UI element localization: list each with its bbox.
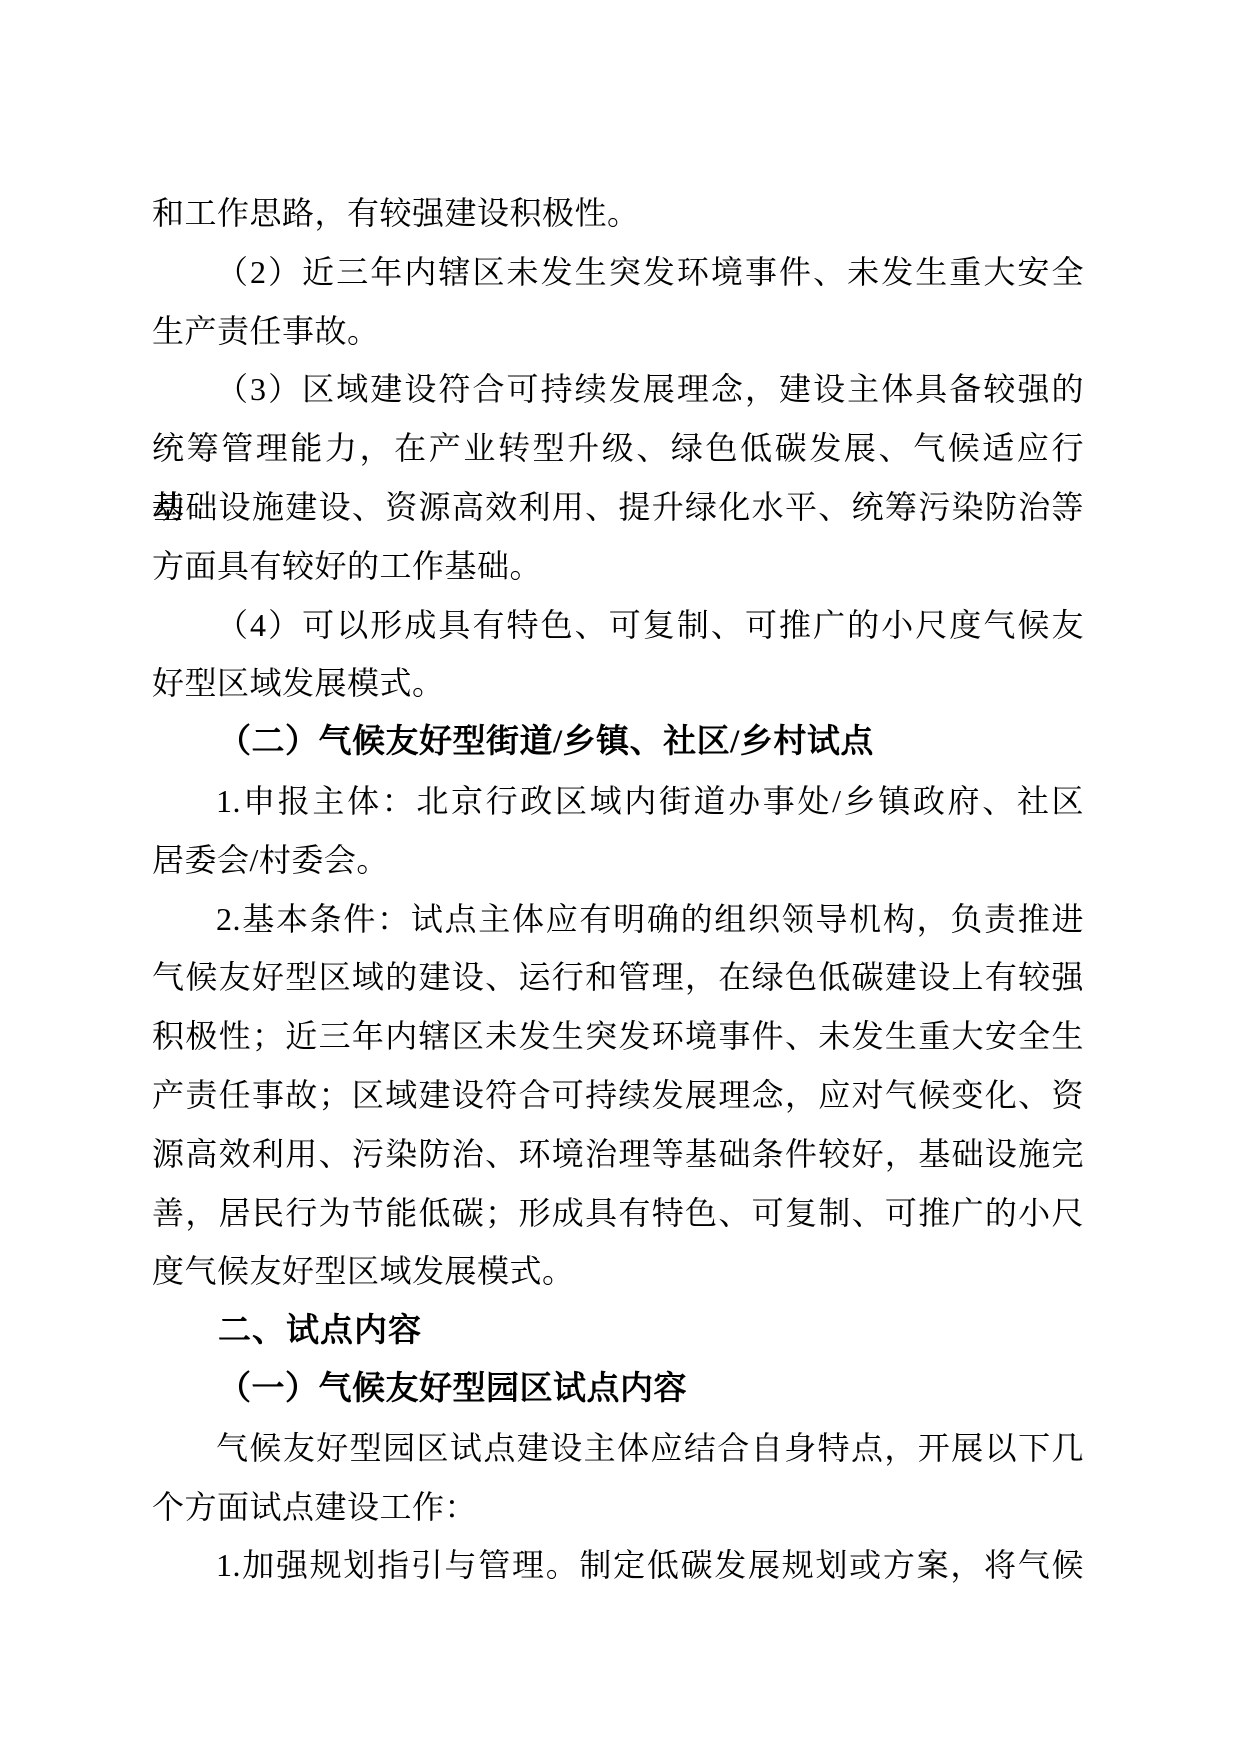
document-line: 积极性；近三年内辖区未发生突发环境事件、未发生重大安全生 [152,1007,1084,1066]
document-line: 1.申报主体：北京行政区域内街道办事处/乡镇政府、社区 [152,772,1084,831]
document-line: 善，居民行为节能低碳；形成具有特色、可复制、可推广的小尺 [152,1184,1084,1243]
document-line: 方面具有较好的工作基础。 [152,537,1084,596]
document-line: 1.加强规划指引与管理。制定低碳发展规划或方案，将气候 [152,1536,1084,1595]
document-page: 和工作思路，有较强建设积极性。 （2）近三年内辖区未发生突发环境事件、未发生重大… [0,0,1241,1754]
document-line: 源高效利用、污染防治、环境治理等基础条件较好，基础设施完 [152,1125,1084,1184]
document-line: 气候友好型区域的建设、运行和管理，在绿色低碳建设上有较强 [152,948,1084,1007]
document-line: 生产责任事故。 [152,302,1084,361]
document-line: 统筹管理能力，在产业转型升级、绿色低碳发展、气候适应行动、 [152,419,1084,478]
document-line: 个方面试点建设工作： [152,1478,1084,1537]
document-line: 2.基本条件：试点主体应有明确的组织领导机构，负责推进 [152,890,1084,949]
document-line: 和工作思路，有较强建设积极性。 [152,184,1084,243]
document-text-block: 和工作思路，有较强建设积极性。 （2）近三年内辖区未发生突发环境事件、未发生重大… [152,184,1084,1595]
document-chapter-heading: 二、试点内容 [152,1301,1084,1360]
document-line: 基础设施建设、资源高效利用、提升绿化水平、统筹污染防治等 [152,478,1084,537]
document-line: （2）近三年内辖区未发生突发环境事件、未发生重大安全 [152,243,1084,302]
document-line: （3）区域建设符合可持续发展理念，建设主体具备较强的 [152,360,1084,419]
document-section-heading: （二）气候友好型街道/乡镇、社区/乡村试点 [152,713,1084,772]
document-line: 产责任事故；区域建设符合可持续发展理念，应对气候变化、资 [152,1066,1084,1125]
document-line: 度气候友好型区域发展模式。 [152,1242,1084,1301]
document-line: 居委会/村委会。 [152,831,1084,890]
document-line: 好型区域发展模式。 [152,654,1084,713]
document-section-heading: （一）气候友好型园区试点内容 [152,1360,1084,1419]
document-line: （4）可以形成具有特色、可复制、可推广的小尺度气候友 [152,596,1084,655]
document-line: 气候友好型园区试点建设主体应结合自身特点，开展以下几 [152,1419,1084,1478]
